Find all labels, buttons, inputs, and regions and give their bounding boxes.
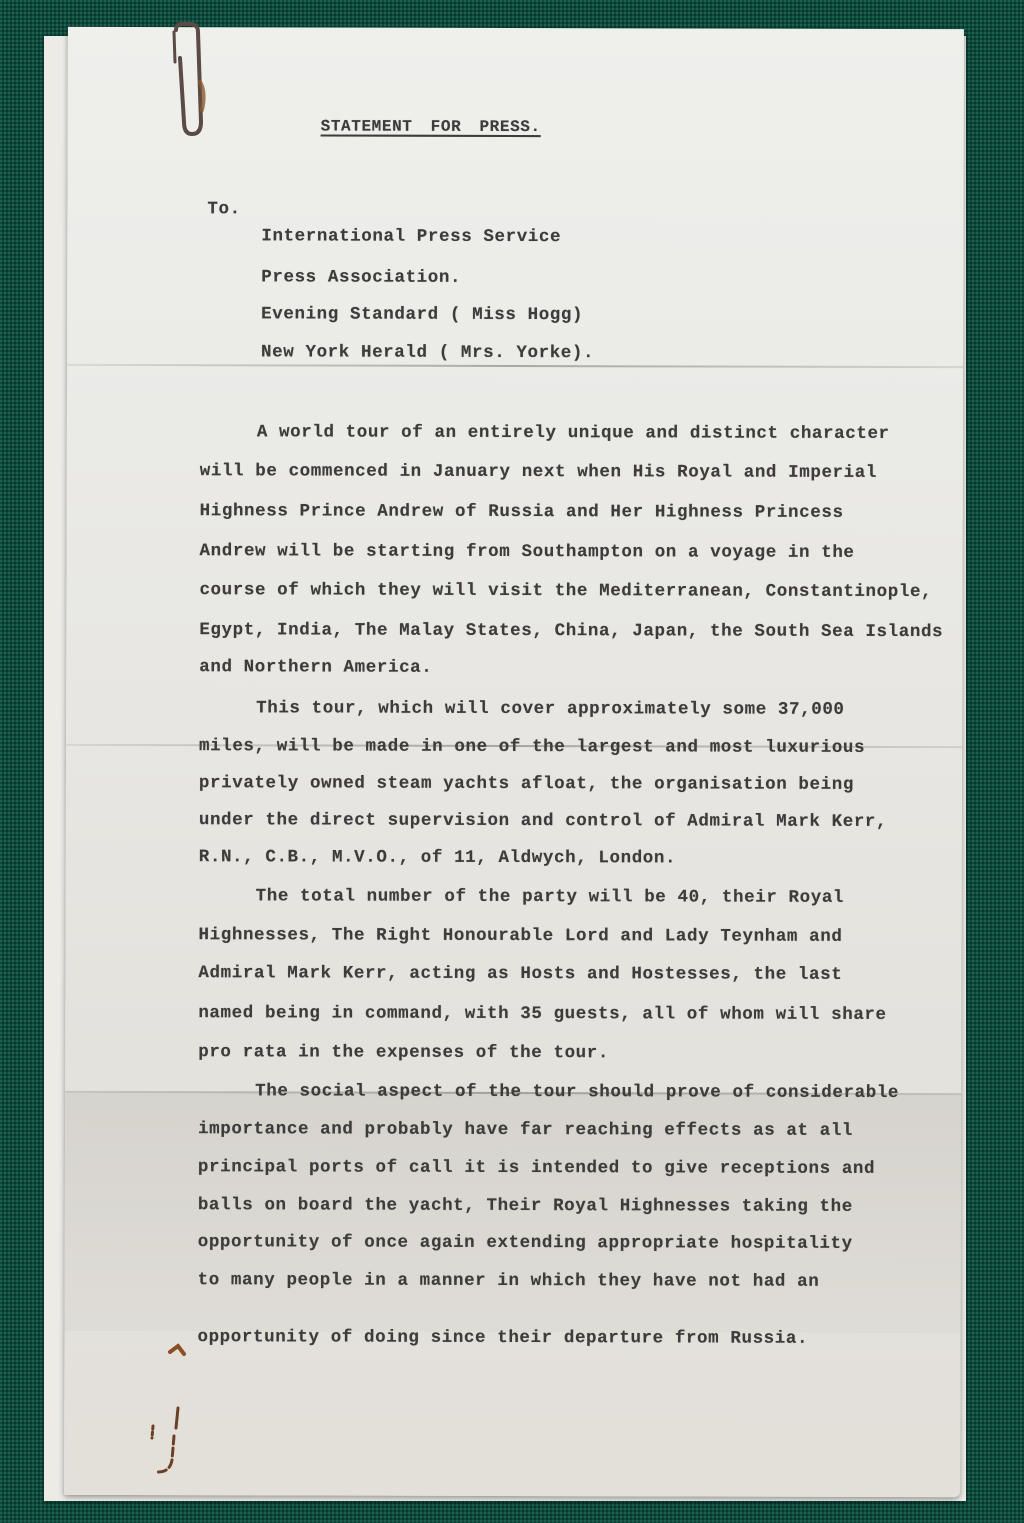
paragraph-4-line: opportunity of doing since their departu… (197, 1327, 808, 1349)
paragraph-2-line: R.N., C.B., M.V.O., of 11, Aldwych, Lond… (199, 847, 676, 868)
paragraph-1-line: Highness Prince Andrew of Russia and Her… (200, 501, 844, 523)
paragraph-1-line: A world tour of an entirely unique and d… (257, 422, 890, 444)
paragraph-4-line: balls on board the yacht, Their Royal Hi… (198, 1195, 853, 1217)
paragraph-1-line: Andrew will be starting from Southampton… (200, 541, 855, 563)
paragraph-1-line: will be commenced in January next when H… (200, 461, 877, 483)
paragraph-1-line: course of which they will visit the Medi… (199, 580, 932, 602)
paragraph-1-line: Egypt, India, The Malay States, China, J… (199, 620, 943, 642)
recipient: New York Herald ( Mrs. Yorke). (261, 342, 594, 363)
rust-stain-mark (140, 1340, 190, 1490)
document-title: STATEMENT FOR PRESS. (321, 117, 541, 136)
paragraph-3-line: The total number of the party will be 40… (256, 886, 844, 908)
paperclip-icon (168, 22, 210, 142)
paragraph-3-line: named being in command, with 35 guests, … (198, 1003, 886, 1025)
recipient: International Press Service (261, 226, 561, 247)
paragraph-4-line: The social aspect of the tour should pro… (255, 1081, 899, 1103)
paragraph-2-line: privately owned steam yachts afloat, the… (199, 773, 854, 795)
paragraph-3-line: Admiral Mark Kerr, acting as Hosts and H… (198, 963, 842, 985)
paragraph-4-line: opportunity of once again extending appr… (198, 1232, 853, 1254)
paragraph-2-line: under the direct supervision and control… (199, 810, 887, 832)
paragraph-3-line: Highnesses, The Right Honourable Lord an… (199, 925, 843, 947)
paragraph-3-line: pro rata in the expenses of the tour. (198, 1042, 609, 1063)
paragraph-4-line: importance and probably have far reachin… (198, 1119, 853, 1141)
paragraph-1-line: and Northern America. (199, 657, 432, 678)
paragraph-4-line: to many people in a manner in which they… (198, 1270, 820, 1292)
paragraph-2-line: This tour, which will cover approximatel… (256, 698, 844, 720)
paragraph-4-line: principal ports of call it is intended t… (198, 1157, 875, 1179)
recipient-label: To. (207, 199, 240, 219)
recipient: Evening Standard ( Miss Hogg) (261, 304, 583, 325)
paragraph-2-line: miles, will be made in one of the larges… (199, 736, 865, 758)
document-page: STATEMENT FOR PRESS. To. International P… (64, 27, 964, 1497)
recipient: Press Association. (261, 267, 461, 288)
paper-fold-line (67, 364, 963, 368)
